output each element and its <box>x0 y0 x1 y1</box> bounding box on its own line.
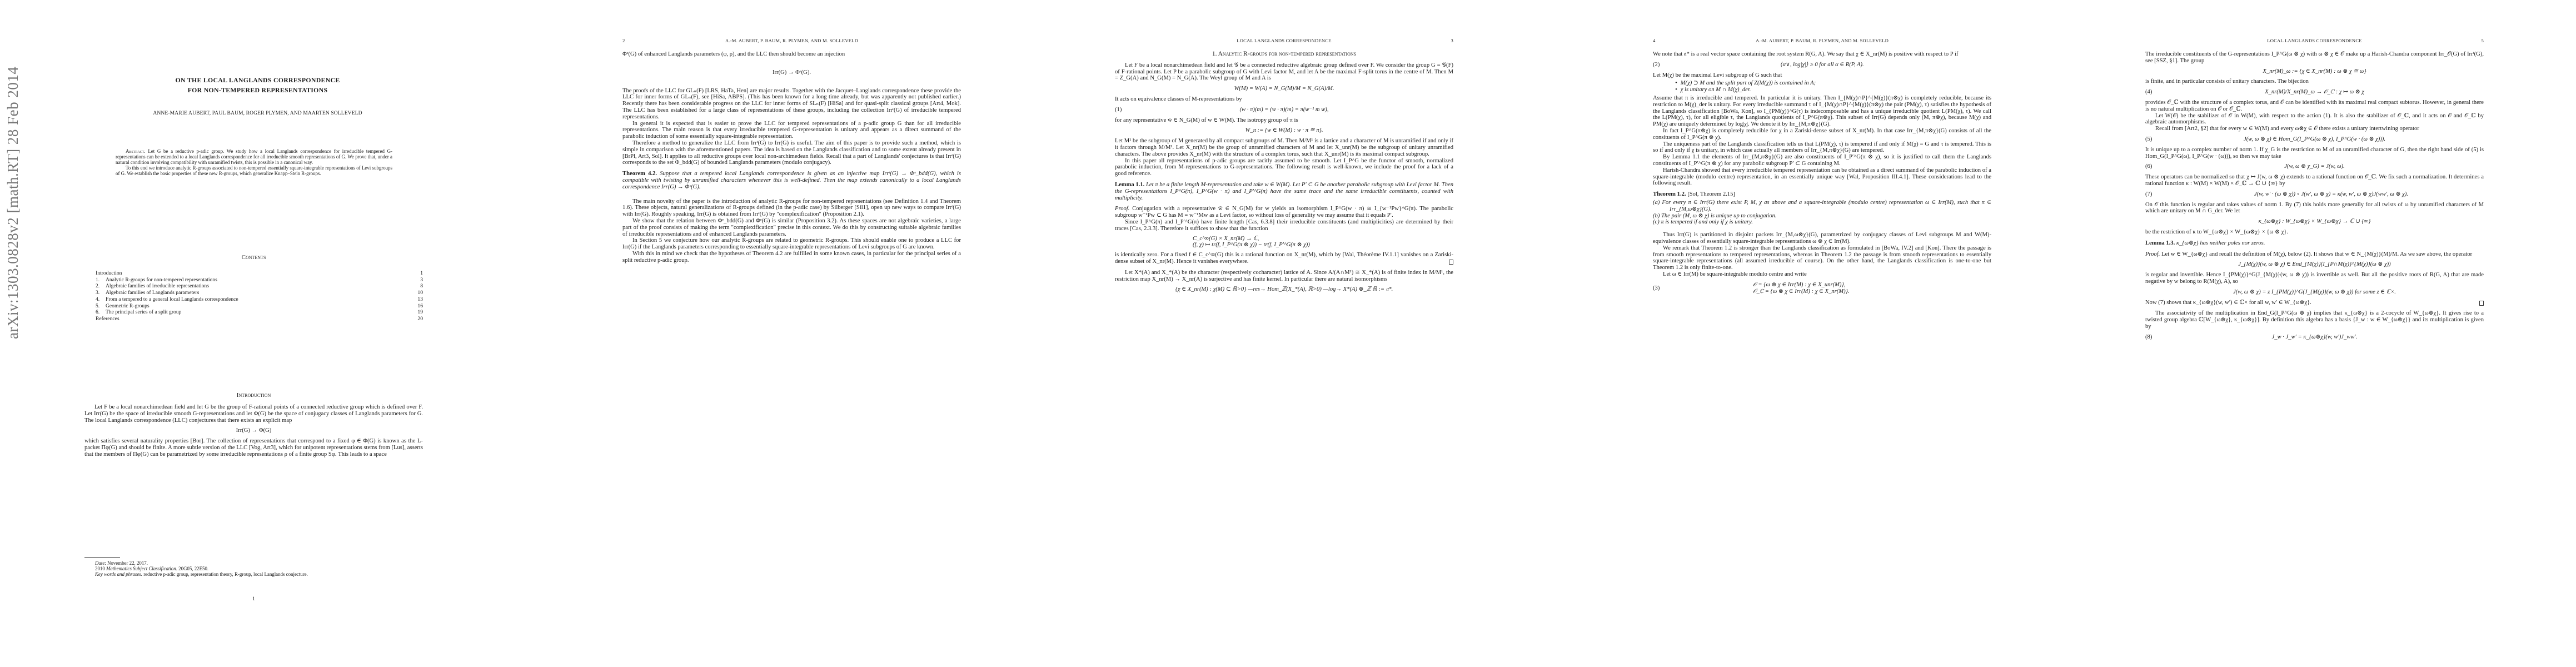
footnote-msc-label: Mathematics Subject Classification. <box>106 566 177 571</box>
toc-page: 10 <box>401 290 423 296</box>
running-head-authors: A.-M. AUBERT, P. BAUM, R. PLYMEN, AND M.… <box>622 38 961 43</box>
abstract-paragraph-1: Let G be a reductive p-adic group. We st… <box>116 148 392 165</box>
equation-number: (8) <box>2145 334 2179 341</box>
paragraph: Now (7) shows that κ_{ω⊗χ}(w, w′) ∈ ℂ× f… <box>2145 300 2311 306</box>
footnote-date: : November 22, 2017. <box>104 560 148 566</box>
theorem-reference: [Sol, Theorem 2.15] <box>1686 191 1735 197</box>
toc-page: 19 <box>401 309 423 316</box>
equation-number: (3) <box>1653 285 1686 292</box>
title-line-1: ON THE LOCAL LANGLANDS CORRESPONDENCE <box>56 75 460 85</box>
toc-title: The principal series of a split group <box>106 309 401 316</box>
footnote-rule <box>84 558 120 558</box>
paragraph: We note that 𝔞* is a real vector space c… <box>1653 51 1991 58</box>
equation-irr-to-phi: Irr(G) → Φ(G) <box>84 427 423 434</box>
toc-entry-section-4[interactable]: 4.From a tempered to a general local Lan… <box>96 296 423 303</box>
page-2: 2 A.-M. AUBERT, P. BAUM, R. PLYMEN, AND … <box>515 0 1030 667</box>
equation-trace-function: C_c^∞(G) × X_nr(M) → ℂ, (f, χ) ↦ tr(f, I… <box>1193 236 1453 249</box>
equation-1: (w · π)(m) = (w̄ · π)(m) = π(w̄⁻¹ m w̄), <box>1148 107 1420 113</box>
theorem-item-c: (c) π is tempered if and only if χ is un… <box>1653 219 1991 226</box>
equation-injection: Irr(G) → Φᵉ(G). <box>622 69 961 76</box>
equation-line: C_c^∞(G) × X_nr(M) → ℂ, <box>1193 236 1453 242</box>
toc-num: 2. <box>96 283 106 290</box>
toc-page: 3 <box>401 277 423 283</box>
equation-number: (5) <box>2145 136 2179 143</box>
paragraph: is finite, and in particular consists of… <box>2145 78 2484 85</box>
toc-title: Analytic R-groups for non-tempered repre… <box>106 277 401 283</box>
footnotes: Date: November 22, 2017. 2010 Mathematic… <box>84 558 423 578</box>
toc-title: From a tempered to a general local Langl… <box>106 296 401 303</box>
lemma-label: Lemma 1.3. <box>2145 240 2175 246</box>
paragraph: The main novelty of the paper is the int… <box>622 198 961 218</box>
paragraph: By Lemma 1.1 the elements of Irr_{M,π⊗χ}… <box>1653 154 1991 167</box>
toc-entry-section-3[interactable]: 3.Algebraic families of Langlands parame… <box>96 290 423 296</box>
arxiv-stamp: arXiv:1303.0828v2 [math.RT] 28 Feb 2014 <box>4 67 22 339</box>
proof-text: Let w ∈ W_{ω⊗χ} and recall the definitio… <box>2160 251 2472 257</box>
paragraph: Let W(𝒪) be the stabilizer of 𝒪 in W(M),… <box>2145 113 2484 126</box>
contents-heading: Contents <box>84 254 423 261</box>
paragraph: Assume that π is irreducible and tempere… <box>1653 95 1991 128</box>
paragraph: The proofs of the LLC for GLₙ(F) [LRS, H… <box>622 88 961 121</box>
abstract-label: Abstract. <box>126 148 146 154</box>
abstract: Abstract. Let G be a reductive p-adic gr… <box>116 149 392 177</box>
intro-paragraph-1: Let F be a local nonarchimedean field an… <box>84 404 423 424</box>
running-head-authors: A.-M. AUBERT, P. BAUM, R. PLYMEN, AND M.… <box>1653 38 1991 43</box>
equation-natural-isomorphisms: {χ ∈ X_nr(M) : χ(M) ⊂ ℝ>0} —res→ Hom_ℤ(X… <box>1115 286 1453 293</box>
equation-line: 𝒪 = {ω ⊗ χ ∈ Irr(M) : χ ∈ X_unr(M)}, <box>1753 282 1991 288</box>
theorem-label: Theorem 4.2. <box>622 171 657 177</box>
paragraph: In general it is expected that is easier… <box>622 121 961 140</box>
paragraph: Therefore a method to generalize the LLC… <box>622 140 961 166</box>
running-head-title: LOCAL LANGLANDS CORRESPONDENCE <box>2145 38 2484 43</box>
paragraph: With this in mind we check that the hypo… <box>622 251 961 264</box>
paragraph: is identically zero. For a fixed f ∈ C_c… <box>1115 252 1453 265</box>
toc-num: 4. <box>96 296 106 303</box>
page-4: 4 A.-M. AUBERT, P. BAUM, R. PLYMEN, AND … <box>1546 0 2061 667</box>
running-header: LOCAL LANGLANDS CORRESPONDENCE 5 <box>2145 38 2484 43</box>
paragraph: It is unique up to a complex number of n… <box>2145 147 2484 160</box>
footnote-msc-year: 2010 <box>95 566 106 571</box>
toc-entry-section-1[interactable]: 1.Analytic R-groups for non-tempered rep… <box>96 277 423 283</box>
paragraph: Thus Irr(G) is partitioned in disjoint p… <box>1653 232 1991 245</box>
paragraph: Since I_P^G(π) and I_P′^G(π) have finite… <box>1115 219 1453 232</box>
paragraph: These operators can be normalized so tha… <box>2145 174 2484 187</box>
paper-title: ON THE LOCAL LANGLANDS CORRESPONDENCE FO… <box>56 75 460 95</box>
paragraph: is regular and invertible. Hence I_{PM(χ… <box>2145 272 2484 285</box>
introduction-body: Let F be a local nonarchimedean field an… <box>84 404 423 458</box>
proof-text: Conjugation with a representative w̄ ∈ N… <box>1115 206 1453 218</box>
toc-title: Introduction <box>96 270 401 277</box>
paragraph: Harish-Chandra showed that every irreduc… <box>1653 167 1991 187</box>
equation-line: (f, χ) ↦ tr(f, I_P^G(π ⊗ χ)) − tr(f, I_P… <box>1193 242 1453 248</box>
theorem-statement: Suppose that a tempered local Langlands … <box>622 171 961 190</box>
equation-number: (7) <box>2145 191 2179 198</box>
bullet-item: M(χ) ⊃ M and the split part of Z(M(χ)) i… <box>1675 80 1991 87</box>
qed-icon <box>2479 301 2484 306</box>
toc-title: Algebraic families of irreducible repres… <box>106 283 401 290</box>
equation-3: 𝒪 = {ω ⊗ χ ∈ Irr(M) : χ ∈ X_unr(M)}, 𝒪_ℂ… <box>1686 282 1991 295</box>
section-heading: 1. Analytic R-groups for non-tempered re… <box>1115 51 1453 58</box>
page-number: 4 <box>1653 38 1656 43</box>
toc-title: Algebraic families of Langlands paramete… <box>106 290 401 296</box>
footnote-msc: 20G05, 22E50. <box>177 566 208 571</box>
toc-page: 16 <box>401 303 423 310</box>
toc-page: 13 <box>401 296 423 303</box>
paragraph: Let ω ∈ Irr(M) be square-integrable modu… <box>1653 271 1991 278</box>
page-2-body: Φᵉ(G) of enhanced Langlands parameters (… <box>622 51 961 264</box>
title-line-2: FOR NON-TEMPERED REPRESENTATIONS <box>56 85 460 95</box>
paragraph: for any representative w̄ ∈ N_G(M) of w … <box>1115 117 1453 124</box>
paragraph: In Section 5 we conjecture how our analy… <box>622 237 961 251</box>
paragraph: Recall from [Art2, §2] that for every w … <box>2145 126 2484 132</box>
page-3: LOCAL LANGLANDS CORRESPONDENCE 3 1. Anal… <box>1030 0 1546 667</box>
table-of-contents: Introduction1 1.Analytic R-groups for no… <box>96 270 423 322</box>
paragraph: We remark that Theorem 1.2 is stronger t… <box>1653 245 1991 271</box>
paragraph: In fact I_P^G(π⊗χ) is completely reducib… <box>1653 128 1991 141</box>
toc-entry-introduction[interactable]: Introduction1 <box>96 270 423 277</box>
toc-page: 20 <box>401 316 423 322</box>
equation-number: (6) <box>2145 163 2179 170</box>
paragraph: be the restriction of κ to W_{ω⊗χ} × W_{… <box>2145 229 2484 236</box>
page-number: 1 <box>84 596 423 602</box>
paragraph: Let M¹ be the subgroup of M generated by… <box>1115 138 1453 157</box>
equation-weyl-group: W(M) = W(A) = N_G(M)/M = N_G(A)/M. <box>1115 86 1453 92</box>
running-header: 2 A.-M. AUBERT, P. BAUM, R. PLYMEN, AND … <box>622 38 961 43</box>
running-header: LOCAL LANGLANDS CORRESPONDENCE 3 <box>1115 38 1453 43</box>
paragraph: The uniqueness part of the Langlands cla… <box>1653 141 1991 155</box>
abstract-paragraph-2: To this end we introduce analytic R-grou… <box>116 166 392 177</box>
toc-title: References <box>96 316 401 322</box>
page-number: 3 <box>1451 38 1454 43</box>
toc-entry-section-6[interactable]: 6.The principal series of a split group1… <box>96 309 423 316</box>
running-head-title: LOCAL LANGLANDS CORRESPONDENCE <box>1115 38 1453 43</box>
equation-2: ⟨α∨, log|χ|⟩ ≥ 0 for all α ∈ R(P, A). <box>1686 62 1958 68</box>
page-1: arXiv:1303.0828v2 [math.RT] 28 Feb 2014 … <box>0 0 515 667</box>
introduction-heading: Introduction <box>84 392 423 399</box>
equation-j-z: J(w, ω ⊗ χ) = z I_{PM(χ)}^G(J_{M(χ)}(w, … <box>2145 289 2484 296</box>
equation-number: (1) <box>1115 107 1148 113</box>
toc-entry-references[interactable]: References20 <box>96 316 423 322</box>
toc-page: 8 <box>401 283 423 290</box>
equation-5: J(w, ω ⊗ χ) ∈ Hom_G(I_P^G(ω ⊗ χ), I_P^G(… <box>2179 136 2450 143</box>
paragraph: Let F be a local nonarchimedean field an… <box>1115 62 1453 82</box>
paragraph: The associativity of the multiplication … <box>2145 310 2484 330</box>
equation-4: X_nr(M)/X_nr(M)_ω → 𝒪_ℂ : χ ↦ ω ⊗ χ <box>2179 89 2450 96</box>
paragraph: Let M(χ) be the maximal Levi subgroup of… <box>1653 72 1991 79</box>
bullet-list: M(χ) ⊃ M and the split part of Z(M(χ)) i… <box>1675 80 1991 93</box>
qed-icon <box>1449 260 1453 265</box>
page-5: LOCAL LANGLANDS CORRESPONDENCE 5 The irr… <box>2061 0 2576 667</box>
page-number: 5 <box>2482 38 2484 43</box>
toc-num: 1. <box>96 277 106 283</box>
paragraph: The irreducible constituents of the G-re… <box>2145 51 2484 64</box>
intro-paragraph-2: which satisfies several naturality prope… <box>84 438 423 457</box>
page-3-body: 1. Analytic R-groups for non-tempered re… <box>1115 51 1453 297</box>
theorem-items: (a) For every π ∈ Irr(G) there exist P, … <box>1653 200 1991 226</box>
lemma-label: Lemma 1.1. <box>1115 182 1144 188</box>
paragraph: We show that the relation between Φᵉ_bdd… <box>622 218 961 237</box>
equation-number: (4) <box>2145 89 2179 96</box>
paragraph: provides 𝒪_ℂ with the structure of a com… <box>2145 99 2484 113</box>
paragraph: In this paper all representations of p-a… <box>1115 158 1453 177</box>
author-list: ANNE-MARIE AUBERT, PAUL BAUM, ROGER PLYM… <box>44 110 471 116</box>
equation-7: J(w, w′ · (ω ⊗ χ)) ∘ J(w′, ω ⊗ χ) = κ(w,… <box>2179 191 2484 198</box>
equation-8: J_w · J_w′ = κ_{ω⊗χ}(w, w′)J_ww′. <box>2179 334 2450 341</box>
footnote-date-label: Date <box>95 560 104 566</box>
running-header: 4 A.-M. AUBERT, P. BAUM, R. PLYMEN, AND … <box>1653 38 1991 43</box>
footnote-keywords-label: Key words and phrases. <box>95 571 142 577</box>
paragraph: Let X*(A) and X_*(A) be the character (r… <box>1115 270 1453 283</box>
equation-stabilizer-group: X_nr(M)_ω := {χ ∈ X_nr(M) : ω ⊗ χ ≅ ω} <box>2145 68 2484 75</box>
equation-number: (2) <box>1653 62 1686 68</box>
equation-j-m-chi: J_{M(χ)}(w, ω ⊗ χ) ∈ End_{M(χ)}(I_{P∩M(χ… <box>2145 261 2484 268</box>
paragraph: It acts on equivalence classes of M-repr… <box>1115 96 1453 103</box>
toc-page: 1 <box>401 270 423 277</box>
lemma-statement: Let π be a finite length M-representatio… <box>1115 182 1453 201</box>
footnote-keywords: reductive p-adic group, representation t… <box>142 571 308 577</box>
page-5-body: The irreducible constituents of the G-re… <box>2145 51 2484 345</box>
toc-entry-section-5[interactable]: 5.Geometric R-groups16 <box>96 303 423 310</box>
paragraph: Φᵉ(G) of enhanced Langlands parameters (… <box>622 51 961 58</box>
proof-label: Proof. <box>1115 206 1129 212</box>
toc-entry-section-2[interactable]: 2.Algebraic families of irreducible repr… <box>96 283 423 290</box>
toc-title: Geometric R-groups <box>106 303 401 310</box>
bullet-item: χ is unitary on M ∩ M(χ)_der. <box>1675 87 1991 93</box>
theorem-item-a: (a) For every π ∈ Irr(G) there exist P, … <box>1653 200 1991 213</box>
page-number: 2 <box>622 38 625 43</box>
equation-6: J(w, ω ⊗ χ_G) = J(w, ω). <box>2179 163 2450 170</box>
toc-num: 6. <box>96 309 106 316</box>
paragraph: On 𝒪 this function is regular and takes … <box>2145 202 2484 215</box>
equation-isotropy: W_π := {w ∈ W(M) : w · π ≅ π}. <box>1115 127 1453 134</box>
theorem-label: Theorem 1.2. <box>1653 191 1686 197</box>
toc-num: 5. <box>96 303 106 310</box>
page-4-body: We note that 𝔞* is a real vector space c… <box>1653 51 1991 298</box>
proof-label: Proof. <box>2145 251 2160 257</box>
equation-kappa-restriction: κ_{ω⊗χ} : W_{ω⊗χ} × W_{ω⊗χ} → ℂ ∪ {∞} <box>2145 218 2484 225</box>
theorem-item-b: (b) The pair (M, ω ⊗ χ) is unique up to … <box>1653 213 1991 220</box>
lemma-statement: κ_{ω⊗χ} has neither poles nor zeros. <box>2175 240 2265 246</box>
toc-num: 3. <box>96 290 106 296</box>
equation-line: 𝒪_ℂ = {ω ⊗ χ ∈ Irr(M) : χ ∈ X_nr(M)}. <box>1753 288 1991 295</box>
